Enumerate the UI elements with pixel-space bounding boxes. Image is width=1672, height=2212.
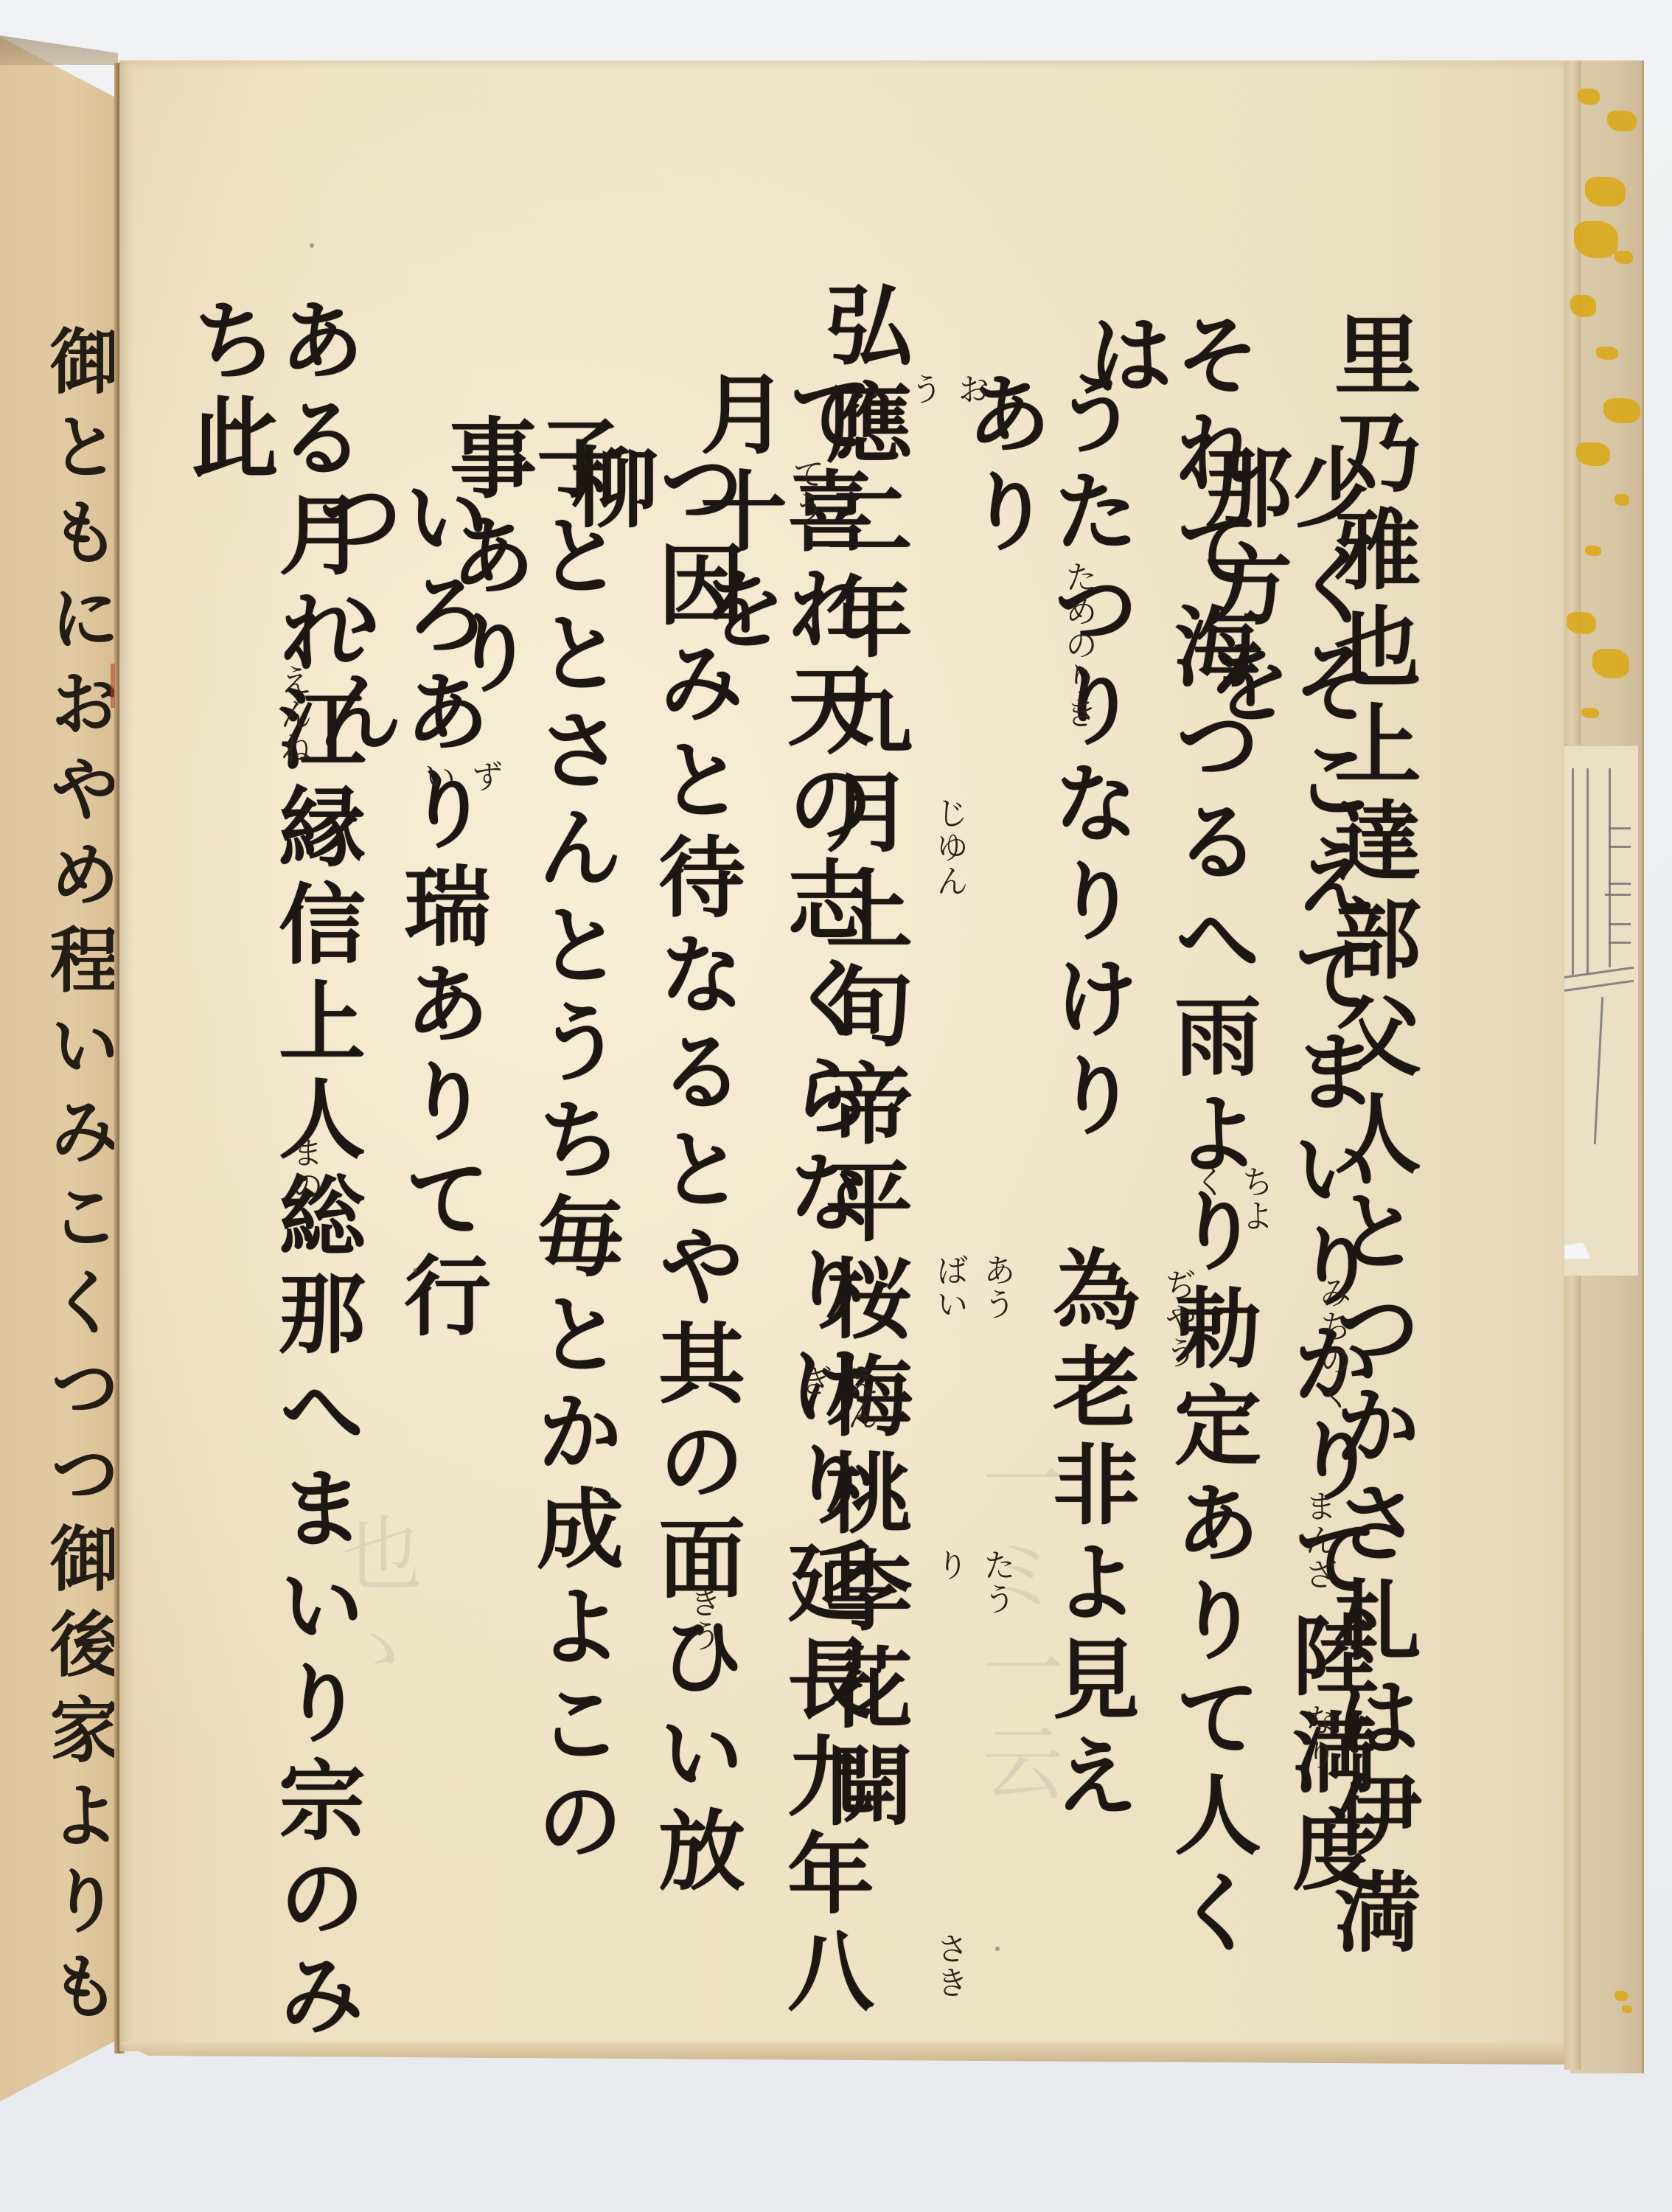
furigana: きう [678, 1585, 725, 1674]
gilt-fleck [1576, 442, 1610, 466]
furigana: えんね [269, 664, 316, 774]
gilt-fleck [1614, 1991, 1628, 2001]
furigana: みちのく [1309, 1276, 1356, 1423]
furigana: まんざ [1294, 1489, 1341, 1593]
diagram-line [1609, 846, 1631, 848]
furigana: さき [925, 1932, 972, 2020]
gilt-fleck [1622, 2006, 1632, 2013]
diagram-line [1609, 827, 1631, 829]
furigana: まの [280, 1135, 327, 1224]
diagram-line [1564, 967, 1634, 978]
diagram-line [1605, 894, 1631, 896]
diagram-line [1609, 768, 1611, 967]
gilt-fleck [1567, 612, 1596, 634]
diagram-line [1586, 768, 1589, 975]
gilt-fleck [1570, 295, 1596, 317]
furigana: じゆん [925, 796, 972, 907]
furigana: てう [781, 457, 829, 546]
text-column-10: ある月れ江縁信上人総那へまいり宗のみち此 [184, 295, 358, 2101]
gilt-fleck [1574, 221, 1618, 258]
gilt-fleck [1596, 347, 1618, 360]
gilt-fleck [1581, 708, 1599, 718]
furigana: たうり [925, 1548, 1020, 1637]
diagram-line [1609, 883, 1631, 885]
gilt-fleck [1614, 251, 1633, 264]
diagram-line [1609, 923, 1631, 925]
gilt-fleck [1585, 546, 1601, 556]
furigana: ためのりき [1054, 560, 1101, 752]
furigana: おう [899, 372, 994, 431]
furigana: なり [1294, 1703, 1341, 1777]
diagram-line [1572, 768, 1574, 975]
furigana: ちよく [1183, 1165, 1278, 1253]
gilt-fleck [1607, 111, 1637, 131]
furigana: ぢやう [1154, 1268, 1201, 1371]
diagram-line [1594, 997, 1603, 1144]
gilt-fleck [1592, 649, 1629, 678]
cover-ruled-diagram [1564, 745, 1638, 1276]
gilt-fleck [1614, 494, 1629, 506]
paper-speck [310, 243, 314, 248]
diagram-line [1609, 942, 1631, 944]
furigana: えんぎ [789, 1364, 883, 1453]
binding-thread [111, 664, 115, 708]
gilt-fleck [1603, 398, 1640, 423]
diagram-line [1564, 980, 1634, 992]
furigana: ずい [413, 759, 507, 811]
paper-speck [413, 1268, 417, 1273]
furigana: あうばい [925, 1253, 1020, 1342]
paper-speck [995, 1947, 1000, 1951]
gilt-fleck [1585, 177, 1626, 206]
gilt-fleck [1578, 88, 1600, 105]
